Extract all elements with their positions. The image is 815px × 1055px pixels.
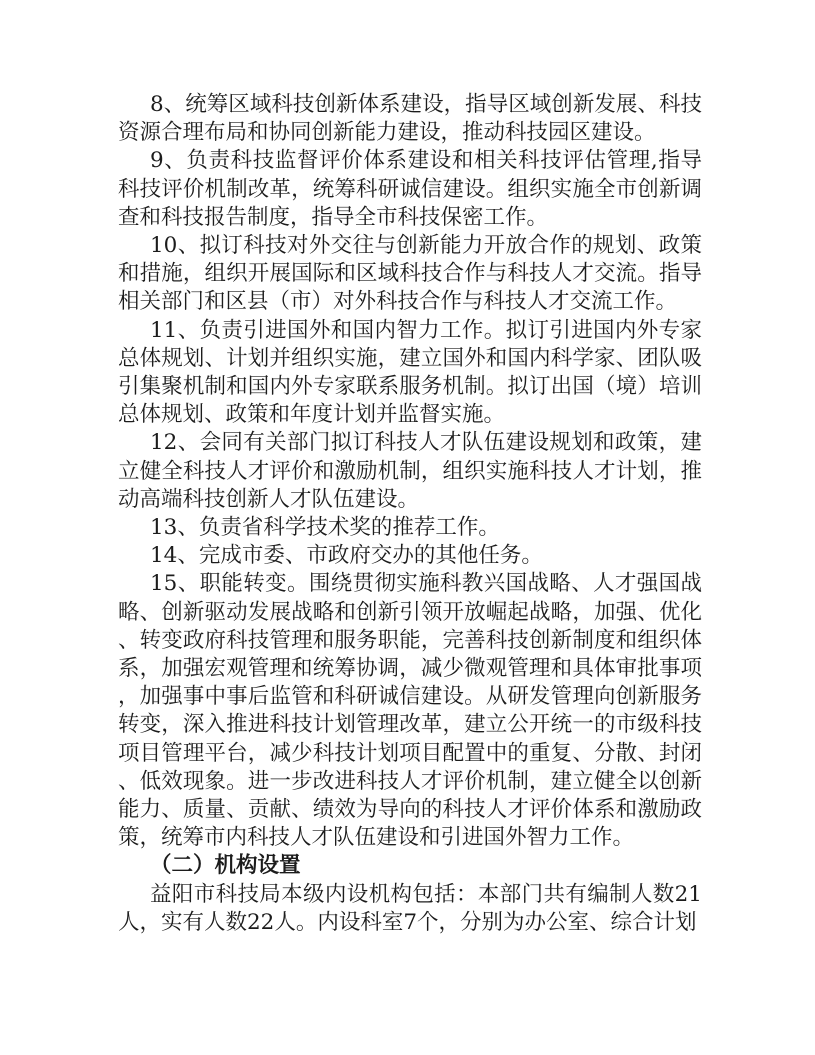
section-heading: （二）机构设置 [118, 852, 702, 880]
paragraph: 益阳市科技局本级内设机构包括：本部门共有编制人数21人，实有人数22人。内设科室… [118, 881, 702, 937]
paragraph: 14、完成市委、市政府交办的其他任务。 [118, 542, 702, 570]
paragraph: 9、负责科技监督评价体系建设和相关科技评估管理,指导科技评价机制改革，统筹科研诚… [118, 147, 702, 232]
paragraph: 8、统筹区域科技创新体系建设，指导区域创新发展、科技资源合理布局和协同创新能力建… [118, 91, 702, 147]
document-body: 8、统筹区域科技创新体系建设，指导区域创新发展、科技资源合理布局和协同创新能力建… [0, 0, 815, 937]
paragraph: 11、负责引进国外和国内智力工作。拟订引进国内外专家总体规划、计划并组织实施，建… [118, 317, 702, 430]
paragraph: 10、拟订科技对外交往与创新能力开放合作的规划、政策和措施，组织开展国际和区域科… [118, 232, 702, 317]
document-page: 8、统筹区域科技创新体系建设，指导区域创新发展、科技资源合理布局和协同创新能力建… [0, 0, 815, 1055]
paragraph: 15、职能转变。围绕贯彻实施科教兴国战略、人才强国战略、创新驱动发展战略和创新引… [118, 570, 702, 852]
paragraph: 12、会同有关部门拟订科技人才队伍建设规划和政策，建立健全科技人才评价和激励机制… [118, 429, 702, 514]
paragraph: 13、负责省科学技术奖的推荐工作。 [118, 514, 702, 542]
